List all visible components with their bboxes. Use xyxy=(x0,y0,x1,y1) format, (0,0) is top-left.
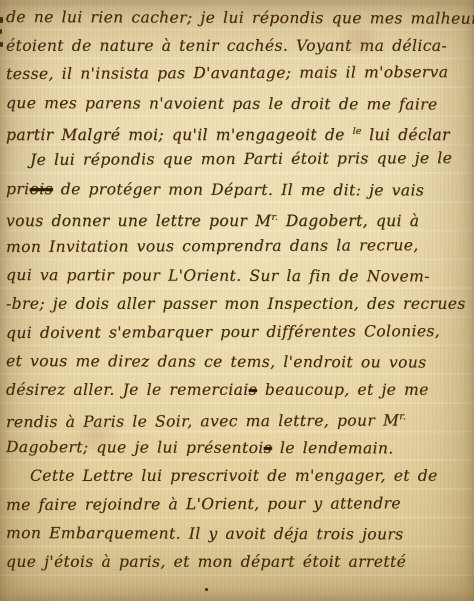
line-text: pri xyxy=(6,180,30,198)
line-text: partir Malgré moi; qu'il m'engageoit de xyxy=(6,126,353,144)
line-text: que mes parens n'avoient pas le droit de… xyxy=(6,94,438,114)
edge-ink-speck xyxy=(0,42,3,47)
manuscript-line: désirez aller. Je le remerciais beaucoup… xyxy=(6,376,474,405)
manuscript-line: que mes parens n'avoient pas le droit de… xyxy=(6,89,474,119)
line-text: Dagobert, qui à xyxy=(278,212,419,230)
manuscript-line: qui va partir pour L'Orient. Sur la fin … xyxy=(6,261,474,291)
line-text: mon Invitation vous comprendra dans la r… xyxy=(6,236,419,256)
edge-ink-speck xyxy=(0,17,3,23)
line-text: désirez aller. Je le remerciai xyxy=(6,381,249,399)
manuscript-page: de ne lui rien cacher; je lui répondis q… xyxy=(0,0,474,601)
paper-smudge xyxy=(60,420,130,450)
line-text: mon Embarquement. Il y avoit déja trois … xyxy=(6,524,404,543)
manuscript-line: vous donner une lettre pour Mr. Dagobert… xyxy=(6,204,474,233)
manuscript-line: -bre; je dois aller passer mon Inspectio… xyxy=(6,290,474,319)
manuscript-line: qui doivent s'embarquer pour différentes… xyxy=(6,317,474,348)
manuscript-line: mon Invitation vous comprendra dans la r… xyxy=(6,230,474,261)
manuscript-line: mon Embarquement. Il y avoit déja trois … xyxy=(6,519,474,549)
line-text: -bre; je dois aller passer mon Inspectio… xyxy=(6,295,466,313)
edge-ink-speck xyxy=(0,29,2,34)
line-text: tesse, il n'insista pas D'avantage; mais… xyxy=(6,63,448,83)
superscript-insertion: r. xyxy=(271,212,278,223)
line-text: beaucoup, et je me xyxy=(257,381,429,399)
line-text: Je lui répondis que mon Parti étoit pris… xyxy=(30,149,452,169)
struck-out-text: s xyxy=(249,381,257,399)
manuscript-line: Je lui répondis que mon Parti étoit pris… xyxy=(6,144,474,175)
manuscript-line: et vous me direz dans ce tems, l'endroit… xyxy=(6,347,474,377)
line-text: Dagobert; que je lui présentoi xyxy=(6,438,264,457)
paper-smudge xyxy=(330,28,390,54)
struck-out-text: s xyxy=(264,439,272,457)
manuscript-line: que j'étois à paris, et mon départ étoit… xyxy=(6,548,474,577)
line-text: que j'étois à paris, et mon départ étoit… xyxy=(6,553,406,571)
line-text: qui doivent s'embarquer pour différentes… xyxy=(6,322,440,342)
line-text: lui déclar xyxy=(361,126,450,144)
line-text: vous donner une lettre pour M xyxy=(6,212,271,230)
manuscript-line: tesse, il n'insista pas D'avantage; mais… xyxy=(6,58,474,89)
line-text: Cette Lettre lui prescrivoit de m'engage… xyxy=(30,467,438,485)
ink-dot xyxy=(205,588,208,591)
line-text: me faire rejoindre à L'Orient, pour y at… xyxy=(6,494,401,514)
line-text: le lendemain. xyxy=(272,439,394,457)
line-text: de protéger mon Départ. Il me dit: je va… xyxy=(53,180,424,199)
manuscript-lines: de ne lui rien cacher; je lui répondis q… xyxy=(6,3,474,577)
manuscript-line: partir Malgré moi; qu'il m'engageoit de … xyxy=(6,118,474,147)
manuscript-line: me faire rejoindre à L'Orient, pour y at… xyxy=(6,489,474,520)
manuscript-line: de ne lui rien cacher; je lui répondis q… xyxy=(6,3,474,33)
line-text: qui va partir pour L'Orient. Sur la fin … xyxy=(6,266,430,285)
line-text: et vous me direz dans ce tems, l'endroit… xyxy=(6,352,427,371)
manuscript-line: priois de protéger mon Départ. Il me dit… xyxy=(6,175,474,205)
manuscript-line: étoient de nature à tenir cachés. Voyant… xyxy=(6,32,474,61)
line-text: de ne lui rien cacher; je lui répondis q… xyxy=(6,8,474,28)
manuscript-line: Cette Lettre lui prescrivoit de m'engage… xyxy=(6,462,474,491)
superscript-insertion: r. xyxy=(399,411,406,422)
struck-out-text: ois xyxy=(29,180,53,198)
